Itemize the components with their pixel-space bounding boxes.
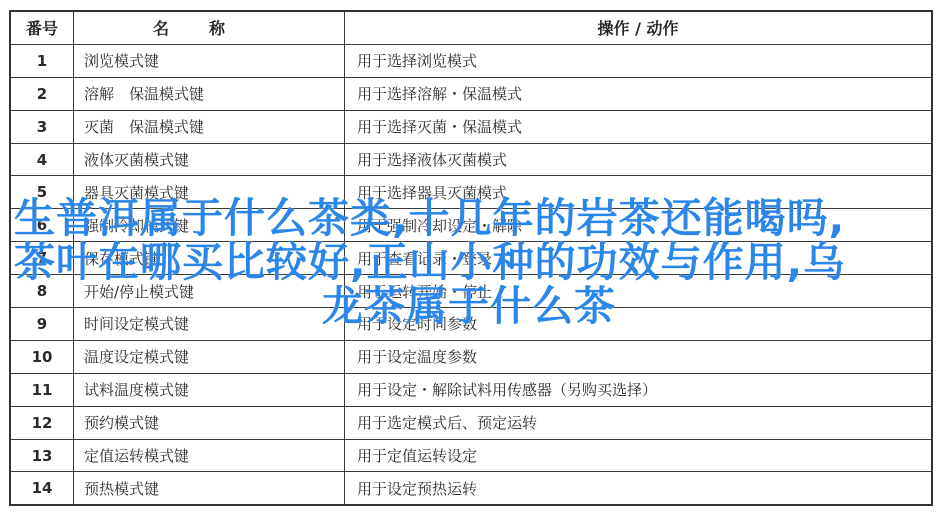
row-action: 用于设定温度参数	[345, 340, 933, 373]
row-action: 用于设定・解除试料用传感器（另购买选择）	[345, 373, 933, 406]
row-number: 4	[10, 143, 74, 176]
header-number: 番号	[10, 11, 74, 44]
row-number: 3	[10, 110, 74, 143]
table-row: 4液体灭菌模式键用于选择液体灭菌模式	[10, 143, 932, 176]
row-name: 温度设定模式键	[74, 340, 345, 373]
row-name: 溶解 保温模式键	[74, 77, 345, 110]
table-row: 13定值运转模式键用于定值运转设定	[10, 439, 932, 472]
row-number: 1	[10, 44, 74, 77]
row-action: 用于选择溶解・保温模式	[345, 77, 933, 110]
row-number: 11	[10, 373, 74, 406]
overlay-line-2: 茶叶在哪买比较好,正山小种的功效与作用,乌	[14, 240, 934, 284]
table-row: 11试料温度模式键用于设定・解除试料用传感器（另购买选择）	[10, 373, 932, 406]
row-name: 定值运转模式键	[74, 439, 345, 472]
overlay-caption: 生普洱属于什么茶类,十几年的岩茶还能喝吗, 茶叶在哪买比较好,正山小种的功效与作…	[14, 196, 934, 328]
table-row: 12预约模式键用于选定模式后、预定运转	[10, 406, 932, 439]
row-name: 灭菌 保温模式键	[74, 110, 345, 143]
table-row: 2溶解 保温模式键用于选择溶解・保温模式	[10, 77, 932, 110]
table-row: 3灭菌 保温模式键用于选择灭菌・保温模式	[10, 110, 932, 143]
table-header-row: 番号 名称 操作 / 动作	[10, 11, 932, 44]
row-name: 预约模式键	[74, 406, 345, 439]
row-name: 预热模式键	[74, 472, 345, 505]
row-action: 用于设定预热运转	[345, 472, 933, 505]
header-action: 操作 / 动作	[345, 11, 933, 44]
header-name: 名称	[74, 11, 345, 44]
row-action: 用于选择液体灭菌模式	[345, 143, 933, 176]
row-name: 液体灭菌模式键	[74, 143, 345, 176]
row-name: 浏览模式键	[74, 44, 345, 77]
row-name: 试料温度模式键	[74, 373, 345, 406]
overlay-line-3: 龙茶属于什么茶	[14, 284, 934, 328]
overlay-line-1: 生普洱属于什么茶类,十几年的岩茶还能喝吗,	[14, 196, 934, 240]
row-action: 用于选择灭菌・保温模式	[345, 110, 933, 143]
row-action: 用于选定模式后、预定运转	[345, 406, 933, 439]
table-row: 1浏览模式键用于选择浏览模式	[10, 44, 932, 77]
row-number: 14	[10, 472, 74, 505]
row-number: 13	[10, 439, 74, 472]
row-action: 用于定值运转设定	[345, 439, 933, 472]
row-number: 12	[10, 406, 74, 439]
row-number: 2	[10, 77, 74, 110]
table-row: 14预热模式键用于设定预热运转	[10, 472, 932, 505]
row-action: 用于选择浏览模式	[345, 44, 933, 77]
table-row: 10温度设定模式键用于设定温度参数	[10, 340, 932, 373]
row-number: 10	[10, 340, 74, 373]
